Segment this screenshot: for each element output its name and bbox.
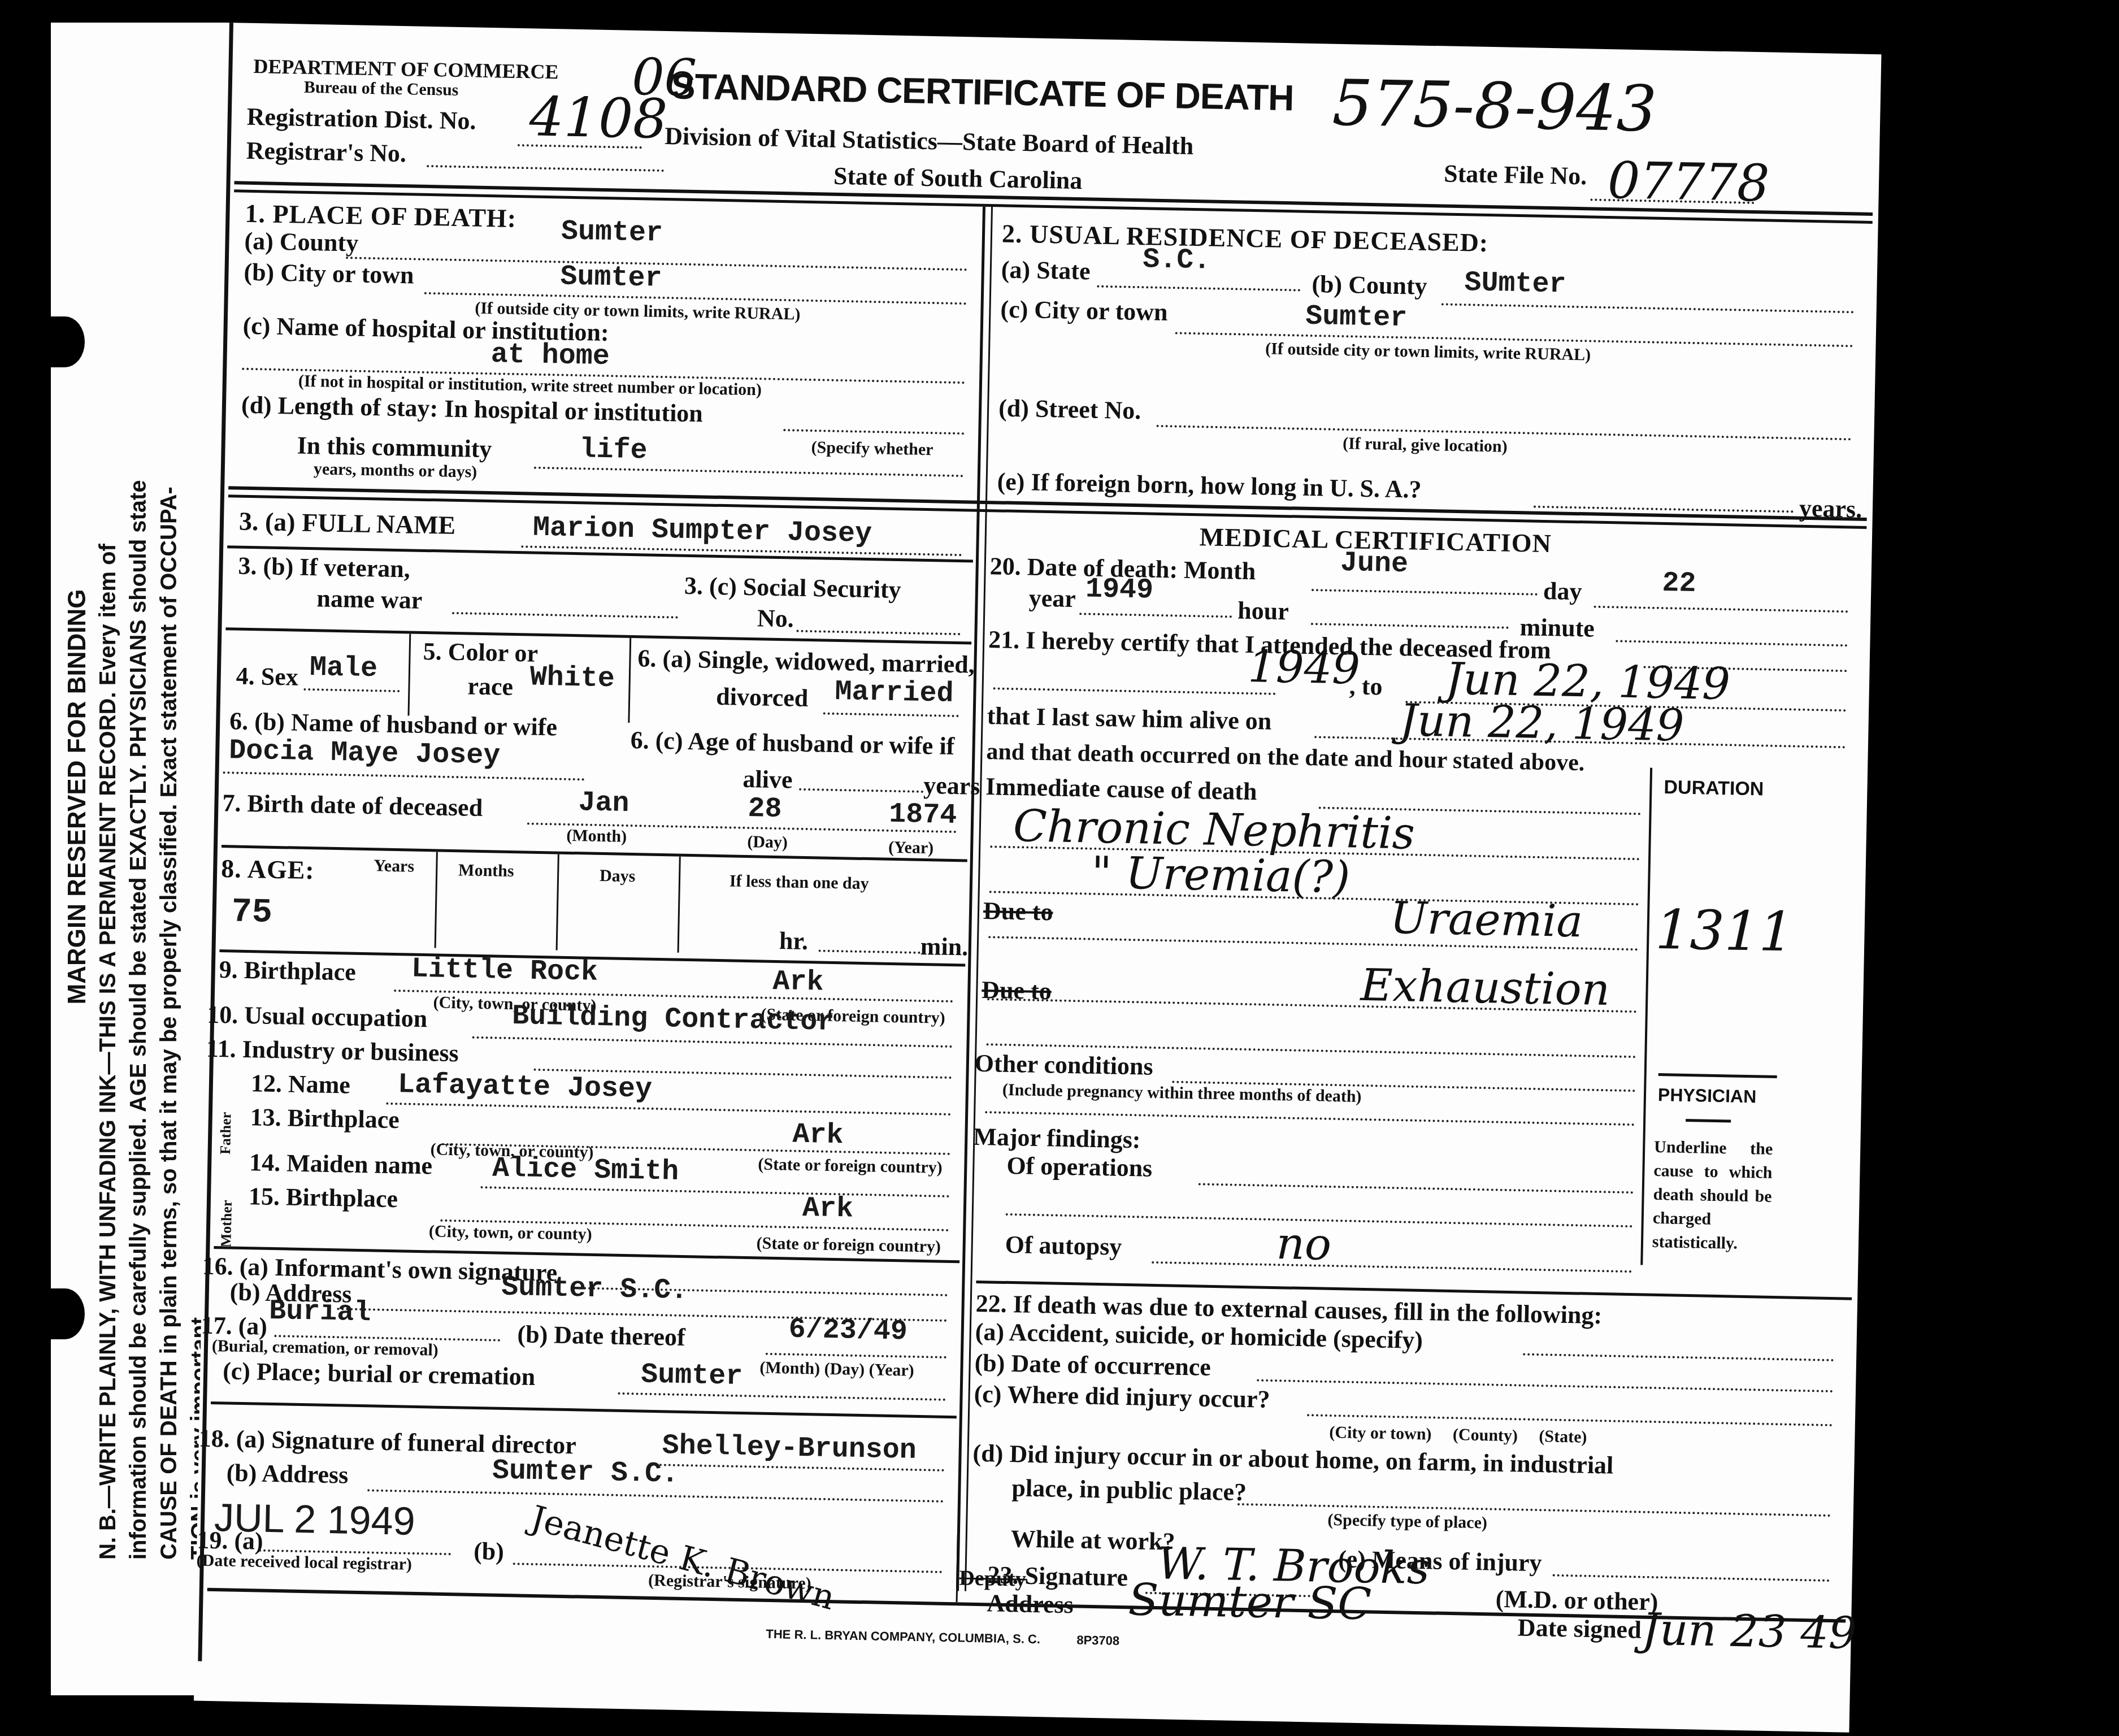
field-line (1594, 606, 1848, 613)
informant-address-value: Sumter S.C. (501, 1271, 688, 1307)
field-line (1152, 1261, 1632, 1273)
street-note: (If rural, give location) (1343, 434, 1508, 457)
caption: (Date received local registrar) (196, 1551, 412, 1574)
caption: (Month) (566, 826, 627, 847)
caption: (Year) (888, 838, 934, 858)
ssn-label: No. (757, 604, 794, 633)
divider (1658, 1073, 1777, 1078)
disposition-value: Burial (269, 1295, 371, 1329)
due-to-label: Due to (983, 896, 1053, 926)
duration-heading: DURATION (1664, 776, 1764, 800)
divider (222, 845, 967, 862)
certificate-title: STANDARD CERTIFICATE OF DEATH (671, 65, 1294, 119)
while-at-work-label: While at work? (1010, 1524, 1175, 1556)
other-conditions-label: Other conditions (974, 1049, 1153, 1081)
occupation-value: Building Contractor (512, 1000, 835, 1039)
field-line (472, 1036, 953, 1048)
mother-birthplace-label: 15. Birthplace (249, 1182, 398, 1213)
field-line (1441, 303, 1854, 313)
field-line (1312, 589, 1538, 596)
birthplace-label: 9. Birthplace (219, 955, 356, 987)
field-line (766, 1353, 946, 1359)
operations-label: Of operations (1006, 1151, 1153, 1183)
field-line (796, 630, 960, 636)
caption: (Specify type of place) (1327, 1511, 1487, 1533)
field-line (1257, 1379, 1833, 1392)
field-line (386, 1103, 951, 1116)
community-label: In this community (297, 431, 492, 464)
funeral-address-value: Sumter S.C. (492, 1455, 679, 1491)
field-line (1079, 613, 1232, 618)
race-value: White (529, 662, 615, 696)
spouse-age-label: alive (742, 765, 793, 795)
burial-date-label: (b) Date thereof (517, 1320, 685, 1352)
death-day-value: 22 (1662, 567, 1696, 600)
registrar-sig-label: (b) (474, 1537, 505, 1566)
father-name-label: 12. Name (250, 1069, 350, 1099)
divider (225, 627, 971, 644)
min-label: min. (920, 932, 968, 962)
sex-value: Male (310, 652, 378, 685)
residence-city-value: Sumter (1305, 301, 1408, 335)
field-line (993, 687, 1276, 695)
physician-address-value: Sumter SC (1128, 1574, 1372, 1630)
cell-divider (678, 857, 681, 953)
field-line (819, 949, 920, 953)
color-label: 5. Color or (423, 637, 538, 668)
division-label: Division of Vital Statistics—State Board… (665, 121, 1194, 160)
date-signed-label: Date signed (1517, 1613, 1642, 1644)
major-findings-label: Major findings: (973, 1122, 1141, 1155)
field-line (799, 788, 923, 793)
cell-divider (556, 854, 559, 951)
injury-place-label: place, in public place? (1011, 1473, 1247, 1507)
residence-state-value: S.C. (1143, 244, 1211, 277)
birthplace-state-value: Ark (772, 966, 824, 999)
date-signed-value: Jun 23 49 (1642, 1604, 1857, 1659)
physician-heading: PHYSICIAN (1658, 1084, 1757, 1107)
divider (211, 1401, 957, 1418)
field-line (223, 771, 584, 780)
field-line (1311, 623, 1509, 629)
funeral-address-label: (b) Address (226, 1458, 349, 1489)
mother-birthplace-state: Ark (802, 1192, 853, 1226)
years-unit: years (923, 771, 980, 801)
sex-label: 4. Sex (236, 662, 298, 692)
field-line (823, 713, 959, 718)
form-number: 8P3708 (1076, 1633, 1119, 1648)
father-birthplace-state: Ark (792, 1119, 844, 1152)
birth-month-value: Jan (578, 787, 629, 820)
marital-label: 6. (a) Single, widowed, married, (637, 644, 975, 679)
mother-side-label: Mother (218, 1200, 236, 1247)
cell-divider (435, 852, 438, 948)
veteran-label: 3. (b) If veteran, (238, 552, 410, 584)
age-years-caption: Years (374, 856, 414, 876)
caption: (City, town, or county) (429, 1222, 592, 1244)
last-saw-label: that I last saw him alive on (987, 701, 1271, 736)
field-line (534, 467, 963, 478)
field-line (1199, 1183, 1634, 1193)
margin-line: N. B.—WRITE PLAINLY, WITH UNFADING INK—T… (93, 34, 123, 1560)
ssn-label: 3. (c) Social Security (684, 571, 902, 604)
caption: (State or foreign country) (758, 1155, 943, 1177)
foreign-born-label: (e) If foreign born, how long in U. S. A… (997, 467, 1422, 504)
funeral-director-label: 18. (a) Signature of funeral director (198, 1424, 576, 1460)
community-value: life (579, 433, 648, 467)
veteran-label: name war (316, 584, 423, 615)
death-county-value: Sumter (561, 215, 663, 249)
age-months-caption: Months (458, 861, 514, 881)
death-certificate: DEPARTMENT OF COMMERCE Bureau of the Cen… (194, 23, 1881, 1733)
residence-county-value: SUmter (1464, 267, 1566, 301)
industry-label: 11. Industry or business (206, 1034, 459, 1068)
death-year-label: year (1028, 583, 1076, 613)
occupation-label: 10. Usual occupation (207, 1000, 428, 1033)
attended-from-value: 1949 (1248, 641, 1361, 695)
age-years-value: 75 (231, 893, 272, 932)
spouse-value: Docia Maye Josey (229, 735, 501, 772)
hr-label: hr. (779, 926, 809, 956)
residence-state-label: (a) State (1001, 255, 1091, 285)
duration-column-divider (1640, 768, 1652, 1265)
field-line (1616, 640, 1847, 646)
occurrence-date-label: (b) Date of occurrence (974, 1348, 1211, 1382)
birthplace-city-value: Little Rock (411, 953, 598, 989)
field-line (480, 1186, 949, 1197)
funeral-director-value: Shelley-Brunson (662, 1430, 917, 1467)
field-line (303, 688, 400, 692)
state-file-label: State File No. (1444, 159, 1587, 190)
mother-maiden-label: 14. Maiden name (249, 1148, 433, 1180)
bureau-label: Bureau of the Census (303, 78, 458, 100)
mother-maiden-value: Alice Smith (492, 1152, 679, 1188)
burial-place-label: (c) Place; burial or cremation (223, 1356, 536, 1391)
margin-line: CAUSE OF DEATH in plain terms, so that i… (154, 34, 184, 1560)
handwritten-file-number: 575-8-943 (1331, 67, 1657, 146)
caption: (Month) (Day) (Year) (759, 1359, 914, 1381)
street-label: (d) Street No. (998, 393, 1141, 425)
death-day-label: day (1543, 576, 1582, 606)
birth-day-value: 28 (748, 793, 782, 826)
field-line (1237, 1503, 1831, 1517)
spouse-age-label: 6. (c) Age of husband or wife if (630, 726, 955, 761)
specify-note: years, months or days) (314, 459, 477, 482)
father-name-value: Lafayatte Josey (397, 1069, 652, 1106)
injury-location-label: (c) Where did injury occur? (974, 1379, 1270, 1414)
field-line (1523, 1353, 1834, 1361)
birth-year-value: 1874 (889, 798, 957, 832)
field-line (985, 1111, 1635, 1126)
field-line (618, 1392, 946, 1401)
divider (228, 494, 1867, 529)
hospital-value: at home (490, 338, 610, 373)
age-label: 8. AGE: (221, 853, 315, 885)
caption: (M.D. or other) (1495, 1585, 1658, 1617)
contributing-cause-value: Uraemia (1389, 893, 1583, 948)
father-side-label: Father (217, 1112, 235, 1155)
death-hour-label: hour (1237, 596, 1289, 626)
cell-divider (408, 633, 411, 715)
residence-city-label: (c) City or town (1000, 294, 1168, 327)
field-line (452, 612, 678, 619)
printer-credit: THE R. L. BRYAN COMPANY, COLUMBIA, S. C. (766, 1627, 1040, 1647)
rural-note: (If outside city or town limits, write R… (1265, 339, 1591, 364)
margin-instructions: MARGIN RESERVED FOR BINDING N. B.—WRITE … (62, 34, 215, 1560)
residence-county-label: (b) County (1312, 270, 1427, 301)
birth-date-label: 7. Birth date of deceased (222, 788, 483, 822)
race-label: race (467, 671, 514, 701)
physician-signature-label: 23. Signature (987, 1560, 1128, 1592)
field-line (427, 165, 664, 172)
death-city-value: Sumter (560, 261, 662, 294)
death-year-value: 1949 (1085, 573, 1153, 606)
burial-date-value: 6/23/49 (788, 1314, 907, 1348)
full-name-label: 3. (a) FULL NAME (239, 506, 456, 540)
marital-value: Married (835, 676, 954, 710)
death-county-label: (a) County (244, 227, 359, 258)
field-line (367, 1489, 944, 1503)
age-days-caption: Days (600, 866, 636, 886)
caption: (Registrar's signature) (648, 1571, 811, 1594)
registrars-no-label: Registrar's No. (246, 136, 406, 168)
autopsy-label: Of autopsy (1005, 1230, 1122, 1261)
specify-note: (Specify whether (811, 438, 933, 459)
handwritten-prefix: 06 (631, 47, 697, 108)
caption: (State or foreign country) (756, 1234, 941, 1256)
father-birthplace-label: 13. Birthplace (250, 1103, 400, 1134)
caption: (Day) (747, 832, 788, 852)
physician-address-label: Address (987, 1589, 1074, 1619)
residence-heading: 2. USUAL RESIDENCE OF DECEASED: (1002, 218, 1489, 258)
state-label: State of South Carolina (833, 162, 1083, 195)
registration-dist-label: Registration Dist. No. (246, 102, 476, 136)
death-city-label: (b) City or town (244, 258, 414, 290)
field-line (1097, 285, 1300, 292)
death-month-value: June (1340, 547, 1408, 580)
margin-heading: MARGIN RESERVED FOR BINDING (62, 34, 93, 1560)
full-name-value: Marion Sumpter Josey (532, 512, 872, 551)
cell-divider (628, 638, 631, 723)
field-line (783, 429, 964, 435)
margin-line: information should be carefully supplied… (123, 34, 154, 1560)
autopsy-value: no (1276, 1218, 1332, 1270)
state-file-value: 07778 (1607, 151, 1770, 213)
to-label: , to (1349, 671, 1383, 701)
burial-place-value: Sumter (641, 1359, 743, 1393)
field-line (1553, 1574, 1830, 1582)
divider (1686, 1119, 1731, 1123)
duration-value: 1311 (1655, 898, 1794, 964)
marital-label: divorced (716, 682, 809, 713)
caption: (City or town) (County) (State) (1329, 1423, 1587, 1447)
physician-note: Underline the cause to which death shoul… (1652, 1135, 1773, 1256)
age-less-caption: If less than one day (730, 871, 869, 893)
